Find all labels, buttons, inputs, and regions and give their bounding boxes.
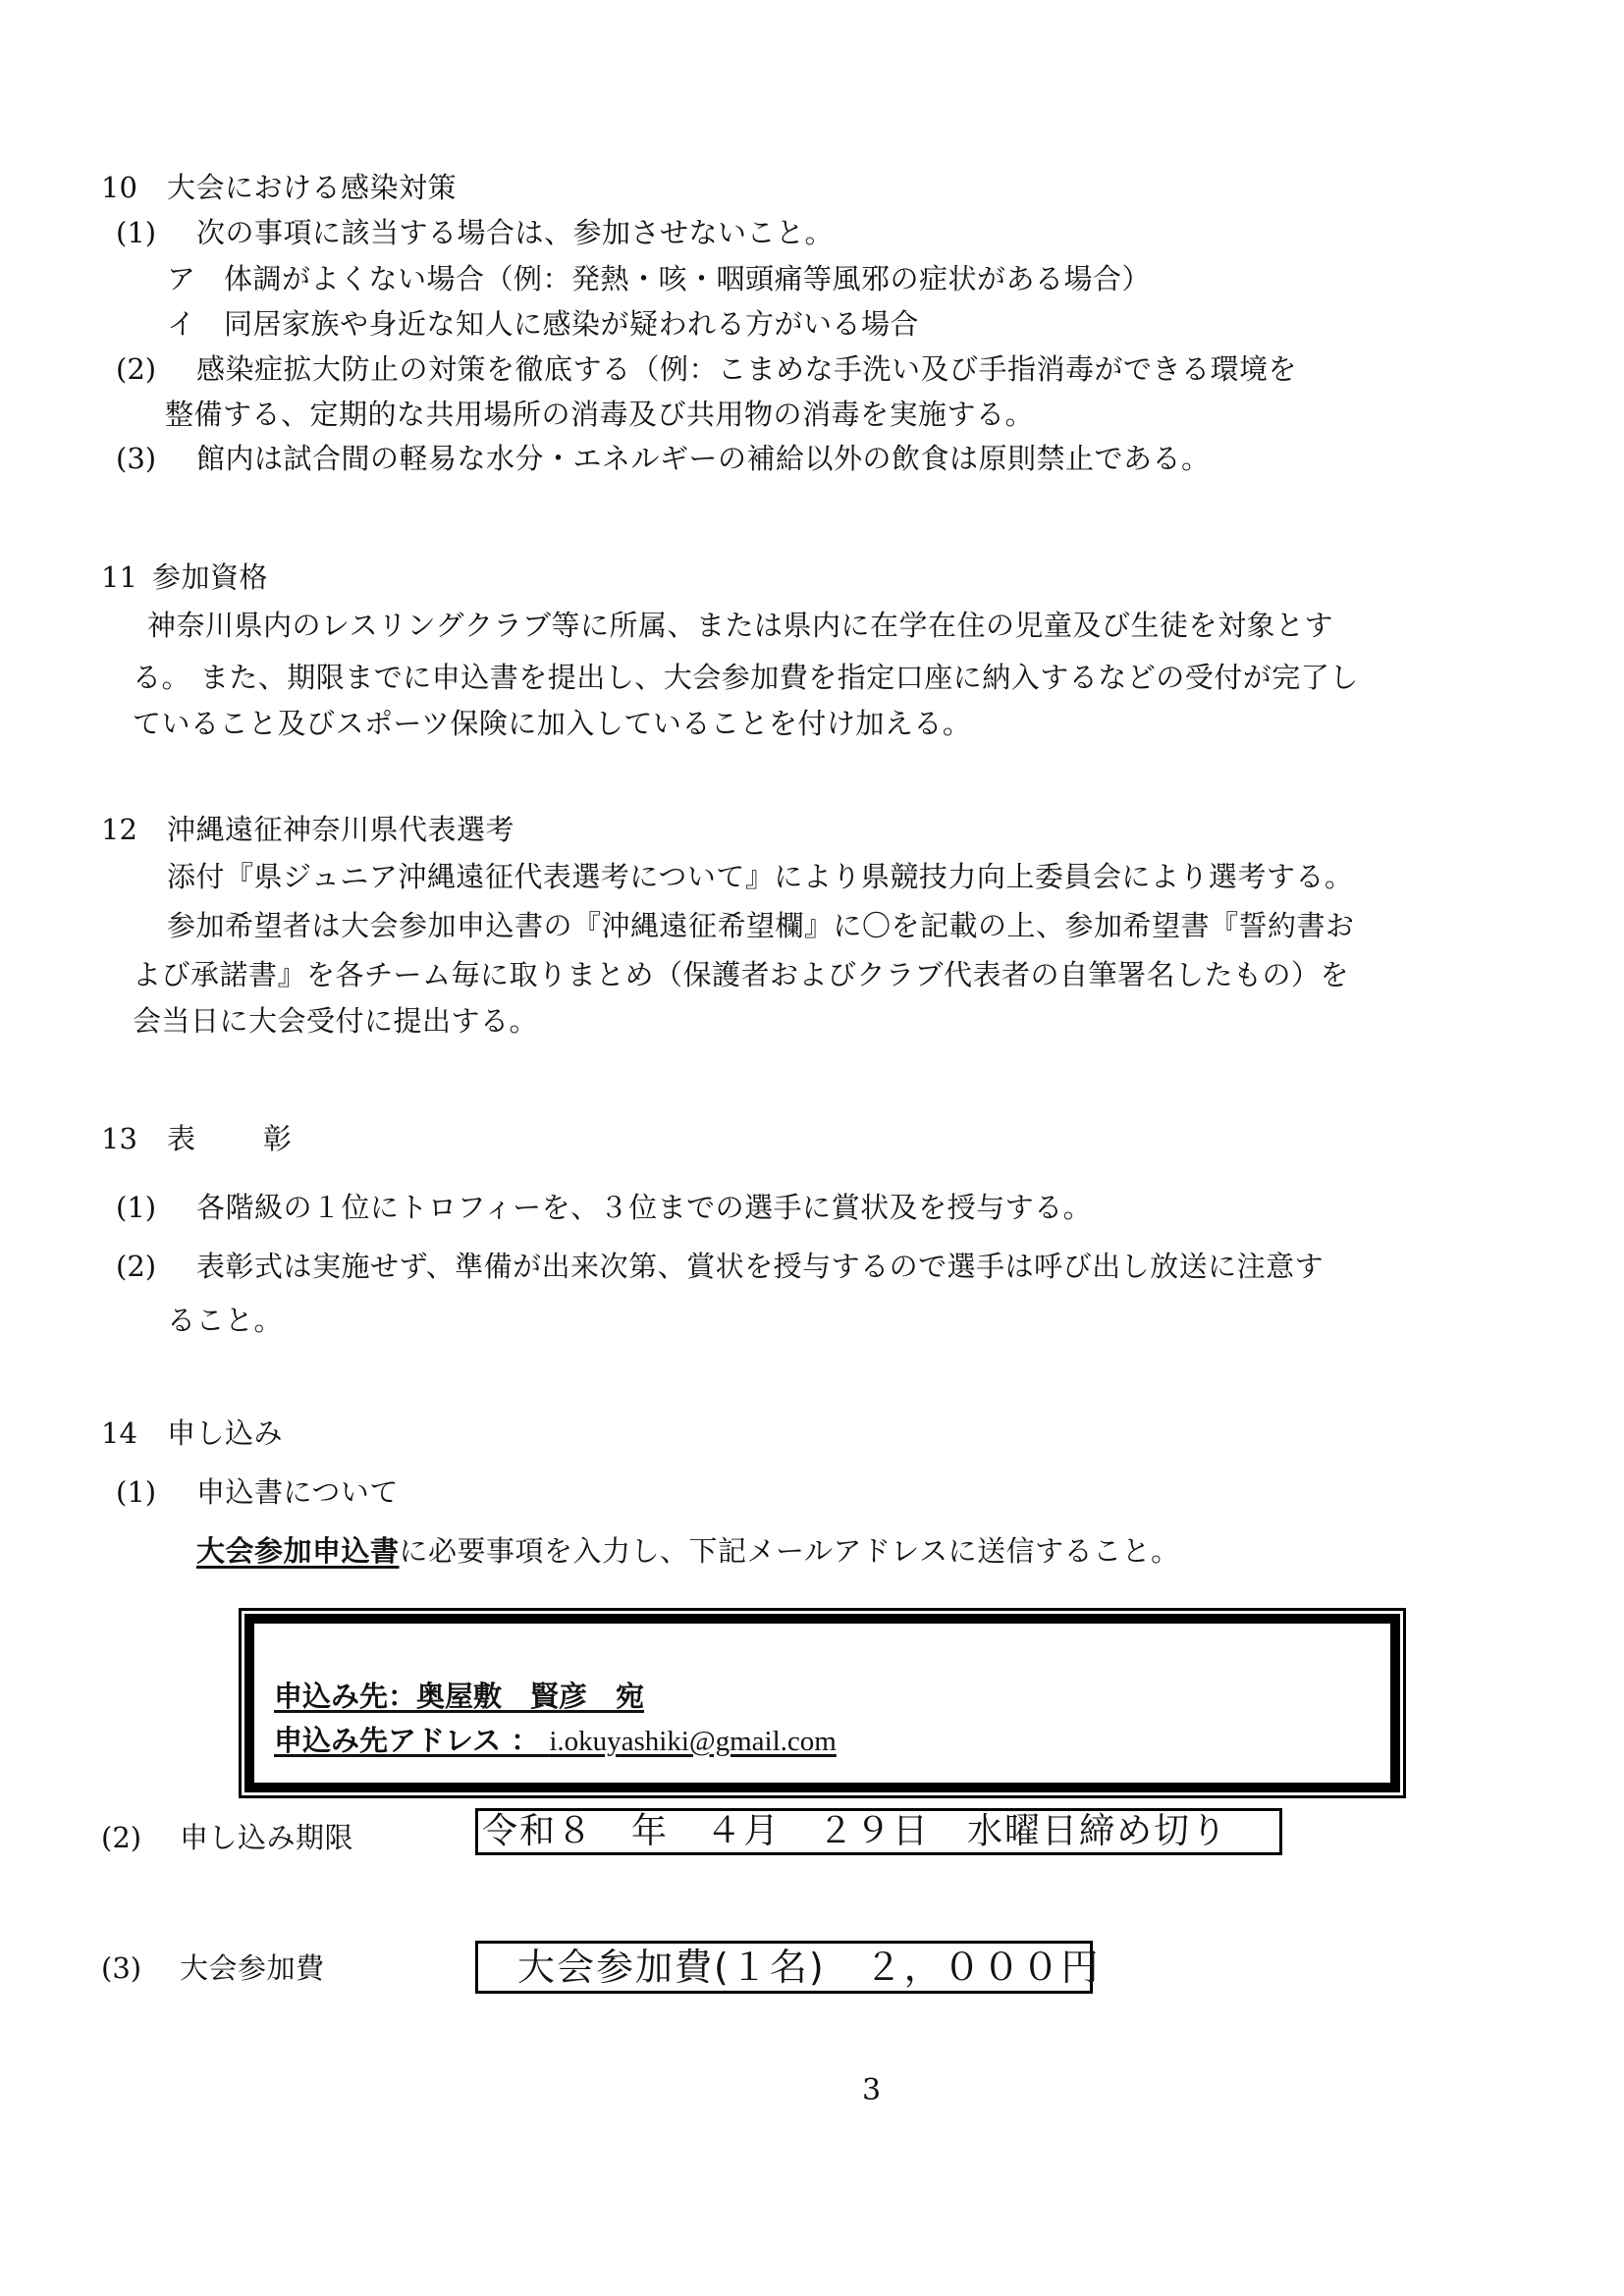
email-address[interactable]: i.okuyashiki@gmail.com bbox=[549, 1726, 837, 1757]
deadline-box: 令和８ 年 ４月 ２９日 水曜日締め切り bbox=[475, 1808, 1282, 1855]
section-number: 11 bbox=[101, 560, 137, 595]
section-title: 沖縄遠征神奈川県代表選考 bbox=[167, 812, 514, 847]
deadline-value: 令和８ 年 ４月 ２９日 水曜日締め切り bbox=[482, 1811, 1228, 1851]
section-number: 14 bbox=[101, 1415, 137, 1451]
item-marker: (2) bbox=[116, 1249, 156, 1284]
fee-value: 大会参加費(１名) ２，０００円 bbox=[517, 1946, 1101, 1989]
section-title-part: 彰 bbox=[263, 1121, 293, 1156]
section-title-part: 表 bbox=[167, 1121, 196, 1156]
page-number: 3 bbox=[862, 2073, 881, 2109]
fee-label: 大会参加費 bbox=[180, 1950, 325, 1986]
deadline-label: 申し込み期限 bbox=[180, 1820, 353, 1855]
paragraph-line: 会当日に大会受付に提出する。 bbox=[133, 1003, 538, 1039]
paragraph-line: 神奈川県内のレスリングクラブ等に所属、または県内に在学在住の児童及び生徒を対象と… bbox=[147, 608, 1333, 643]
paragraph-line: 参加希望者は大会参加申込書の『沖縄遠征希望欄』に〇を記載の上、参加希望書『誓約書… bbox=[167, 908, 1355, 943]
section-title: 参加資格 bbox=[152, 560, 268, 595]
item-text: 申込書について bbox=[196, 1474, 399, 1510]
recipient-label: 申込み先： bbox=[274, 1680, 416, 1713]
item-text: 感染症拡大防止の対策を徹底する（例：こまめな手洗い及び手指消毒ができる環境を bbox=[196, 351, 1297, 387]
address-label: 申込み先アドレス ： bbox=[274, 1724, 549, 1757]
paragraph-line: る。 また、期限までに申込書を提出し、大会参加費を指定口座に納入するなどの受付が… bbox=[133, 660, 1359, 695]
sub-marker: イ bbox=[167, 306, 195, 342]
section-number: 12 bbox=[101, 812, 137, 847]
section-number: 10 bbox=[101, 170, 137, 205]
application-form-link[interactable]: 大会参加申込書 bbox=[196, 1534, 400, 1568]
contact-box-inner: 申込み先：奥屋敷 賢彦 宛 申込み先アドレス ： i.okuyashiki@gm… bbox=[244, 1614, 1400, 1792]
section-title: 申し込み bbox=[167, 1415, 283, 1451]
address-line: 申込み先アドレス ： i.okuyashiki@gmail.com bbox=[274, 1723, 837, 1759]
paragraph-line: 添付『県ジュニア沖縄遠征代表選考について』により県競技力向上委員会により選考する… bbox=[167, 859, 1353, 894]
sub-text: 同居家族や身近な知人に感染が疑われる方がいる場合 bbox=[224, 306, 919, 342]
item-marker: (3) bbox=[116, 441, 156, 476]
sub-marker: ア bbox=[167, 261, 195, 296]
item-text: 表彰式は実施せず、準備が出来次第、賞状を授与するので選手は呼び出し放送に注意す bbox=[196, 1249, 1324, 1284]
item-marker: (2) bbox=[101, 1820, 141, 1855]
item-marker: (1) bbox=[116, 1190, 156, 1225]
item-text: 次の事項に該当する場合は、参加させないこと。 bbox=[196, 215, 834, 250]
item-text-continued: 整備する、定期的な共用場所の消毒及び共用物の消毒を実施する。 bbox=[165, 397, 1034, 432]
item-marker: (3) bbox=[101, 1950, 141, 1986]
section-title: 大会における感染対策 bbox=[167, 170, 457, 205]
instruction-text: に必要事項を入力し、下記メールアドレスに送信すること。 bbox=[400, 1534, 1180, 1568]
item-text: 館内は試合間の軽易な水分・エネルギーの補給以外の飲食は原則禁止である。 bbox=[196, 441, 1211, 476]
item-marker: (2) bbox=[116, 351, 156, 387]
paragraph-line: よび承諾書』を各チーム毎に取りまとめ（保護者およびクラブ代表者の自筆署名したもの… bbox=[133, 957, 1349, 992]
instruction-line: 大会参加申込書に必要事項を入力し、下記メールアドレスに送信すること。 bbox=[196, 1533, 1180, 1569]
item-marker: (1) bbox=[116, 1474, 156, 1510]
recipient-name: 奥屋敷 賢彦 宛 bbox=[416, 1680, 644, 1713]
fee-box: 大会参加費(１名) ２，０００円 bbox=[475, 1941, 1093, 1994]
paragraph-line: ていること及びスポーツ保険に加入していることを付け加える。 bbox=[133, 706, 971, 741]
section-number: 13 bbox=[101, 1121, 137, 1156]
sub-text: 体調がよくない場合（例：発熱・咳・咽頭痛等風邪の症状がある場合） bbox=[224, 261, 1151, 296]
contact-box: 申込み先：奥屋敷 賢彦 宛 申込み先アドレス ： i.okuyashiki@gm… bbox=[239, 1608, 1406, 1798]
item-text: 各階級の１位にトロフィーを、３位までの選手に賞状及を授与する。 bbox=[196, 1190, 1092, 1225]
item-text-continued: ること。 bbox=[167, 1303, 283, 1338]
recipient-line: 申込み先：奥屋敷 賢彦 宛 bbox=[274, 1679, 644, 1714]
item-marker: (1) bbox=[116, 215, 156, 250]
